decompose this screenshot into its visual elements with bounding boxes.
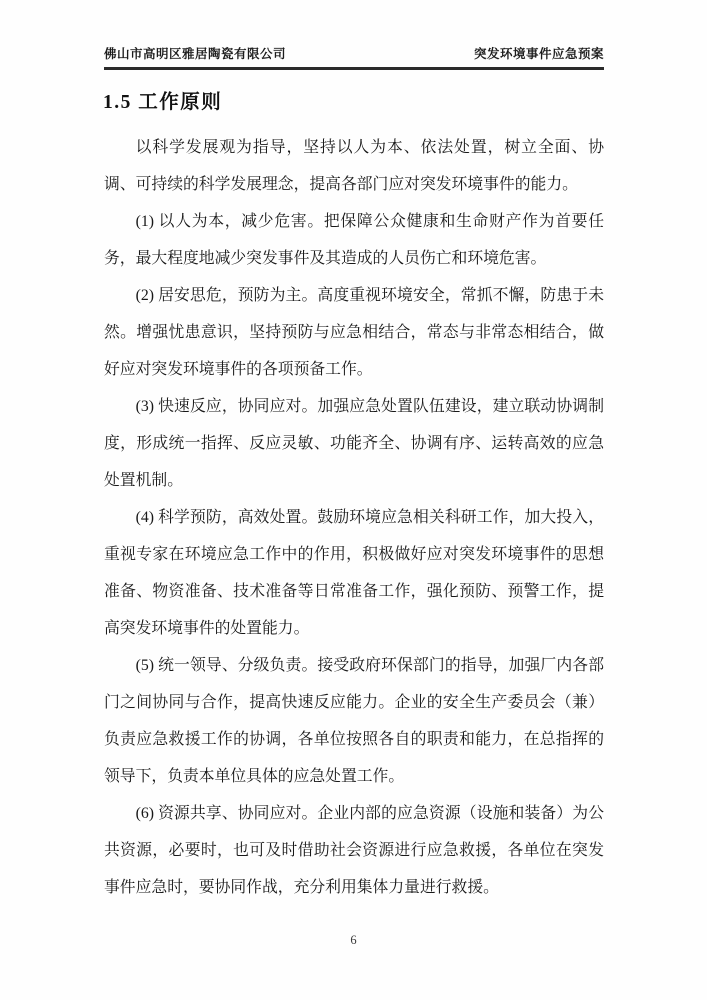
page-footer: 6 [0, 933, 707, 948]
paragraph-principle-4: (4) 科学预防，高效处置。鼓励环境应急相关科研工作，加大投入，重视专家在环境应… [104, 499, 604, 647]
paragraph-principle-5: (5) 统一领导、分级负责。接受政府环保部门的指导，加强厂内各部门之间协同与合作… [104, 647, 604, 795]
document-body: 以科学发展观为指导，坚持以人为本、依法处置，树立全面、协调、可持续的科学发展理念… [104, 129, 604, 906]
paragraph-principle-3: (3) 快速反应，协同应对。加强应急处置队伍建设，建立联动协调制度，形成统一指挥… [104, 388, 604, 499]
header-company-name: 佛山市高明区雅居陶瓷有限公司 [104, 44, 286, 62]
paragraph-principle-1: (1) 以人为本，减少危害。把保障公众健康和生命财产作为首要任务，最大程度地减少… [104, 203, 604, 277]
section-title: 1.5 工作原则 [103, 86, 222, 114]
document-page: 佛山市高明区雅居陶瓷有限公司 突发环境事件应急预案 1.5 工作原则 以科学发展… [0, 0, 707, 1000]
paragraph-principle-6: (6) 资源共享、协同应对。企业内部的应急资源（设施和装备）为公共资源，必要时，… [104, 795, 604, 906]
page-header: 佛山市高明区雅居陶瓷有限公司 突发环境事件应急预案 [104, 44, 604, 70]
paragraph-intro: 以科学发展观为指导，坚持以人为本、依法处置，树立全面、协调、可持续的科学发展理念… [104, 129, 604, 203]
header-doc-title: 突发环境事件应急预案 [474, 44, 604, 62]
paragraph-principle-2: (2) 居安思危，预防为主。高度重视环境安全，常抓不懈，防患于未然。增强忧患意识… [104, 277, 604, 388]
page-number: 6 [350, 933, 356, 947]
